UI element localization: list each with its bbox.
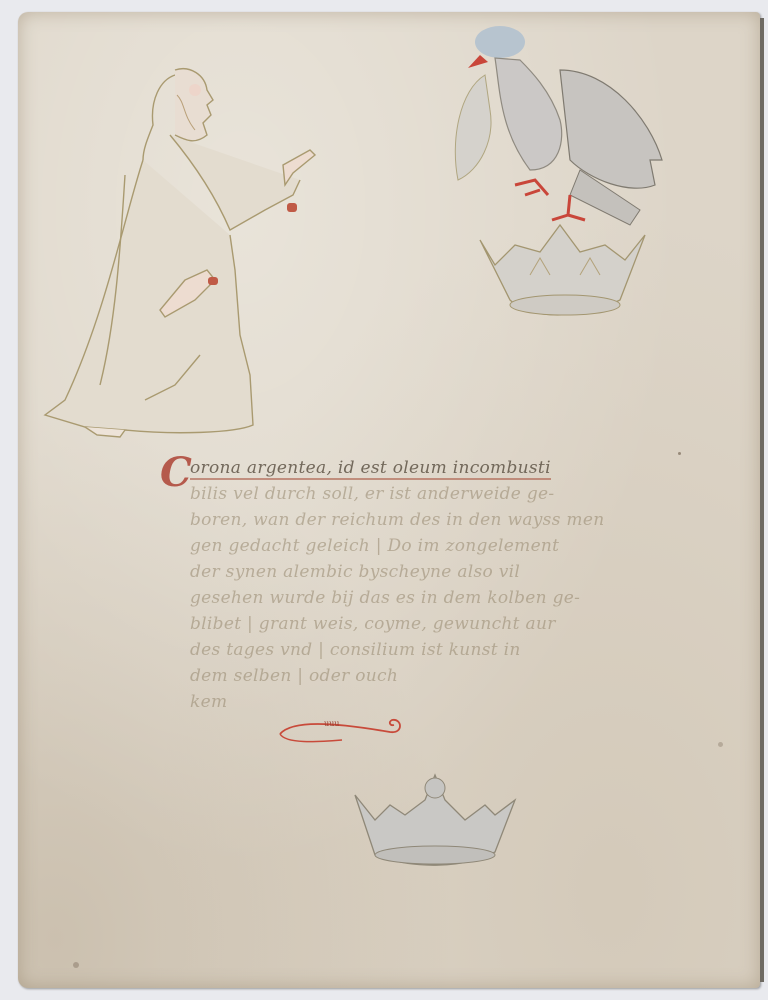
manuscript-text: C orona argentea, id est oleum incombust…: [160, 455, 700, 715]
text-line-7: blibet | grant weis, coyme, gewuncht aur: [160, 611, 700, 637]
text-line-2: bilis vel durch soll, er ist anderweide …: [160, 481, 700, 507]
kneeling-figure-illustration: [25, 55, 325, 445]
text-line-5: der synen alembic byscheyne also vil: [160, 559, 700, 585]
bird-on-crown-illustration: [440, 20, 680, 330]
text-line-4: gen gedacht geleich | Do im zongelement: [160, 533, 700, 559]
text-line-6: gesehen wurde bij das es in dem kolben g…: [160, 585, 700, 611]
text-line-10: kem: [160, 689, 700, 715]
text-line-1: C orona argentea, id est oleum incombust…: [160, 455, 700, 481]
crown-illustration: [335, 760, 525, 875]
text-line-3: boren, wan der reichum des in den wayss …: [160, 507, 700, 533]
svg-text:uuu: uuu: [324, 719, 339, 728]
text-line-9: dem selben | oder ouch: [160, 663, 700, 689]
text-line-8: des tages vnd | consilium ist kunst in: [160, 637, 700, 663]
rubric-flourish: uuu: [272, 712, 407, 748]
